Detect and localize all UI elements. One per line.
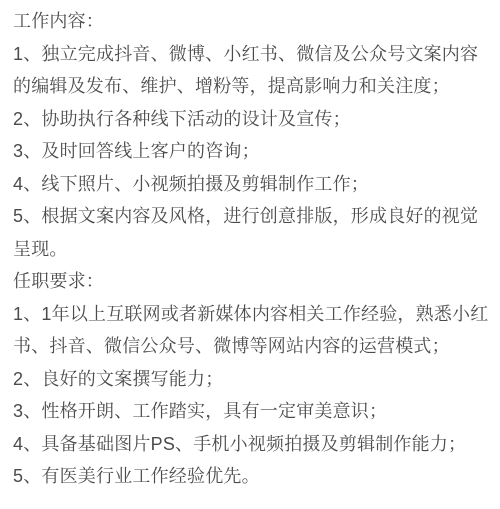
job-requirements-heading: 任职要求： bbox=[13, 265, 490, 298]
job-requirements-item-4: 4、具备基础图片PS、手机小视频拍摄及剪辑制作能力； bbox=[13, 428, 490, 461]
job-requirements-item-1: 1、1年以上互联网或者新媒体内容相关工作经验，熟悉小红书、抖音、微信公众号、微博… bbox=[13, 298, 490, 363]
job-requirements-item-3: 3、性格开朗、工作踏实，具有一定审美意识； bbox=[13, 395, 490, 428]
work-content-item-2: 2、协助执行各种线下活动的设计及宣传； bbox=[13, 103, 490, 136]
work-content-item-3: 3、及时回答线上客户的咨询； bbox=[13, 135, 490, 168]
job-requirements-item-2: 2、良好的文案撰写能力； bbox=[13, 363, 490, 396]
job-requirements-item-5: 5、有医美行业工作经验优先。 bbox=[13, 460, 490, 493]
work-content-item-4: 4、线下照片、小视频拍摄及剪辑制作工作； bbox=[13, 168, 490, 201]
job-description-document: 工作内容： 1、独立完成抖音、微博、小红书、微信及公众号文案内容的编辑及发布、维… bbox=[0, 0, 500, 509]
work-content-item-1: 1、独立完成抖音、微博、小红书、微信及公众号文案内容的编辑及发布、维护、增粉等，… bbox=[13, 38, 490, 103]
work-content-item-5: 5、根据文案内容及风格，进行创意排版，形成良好的视觉呈现。 bbox=[13, 200, 490, 265]
work-content-heading: 工作内容： bbox=[13, 5, 490, 38]
page: { "page": { "background_color": "#ffffff… bbox=[0, 0, 500, 509]
